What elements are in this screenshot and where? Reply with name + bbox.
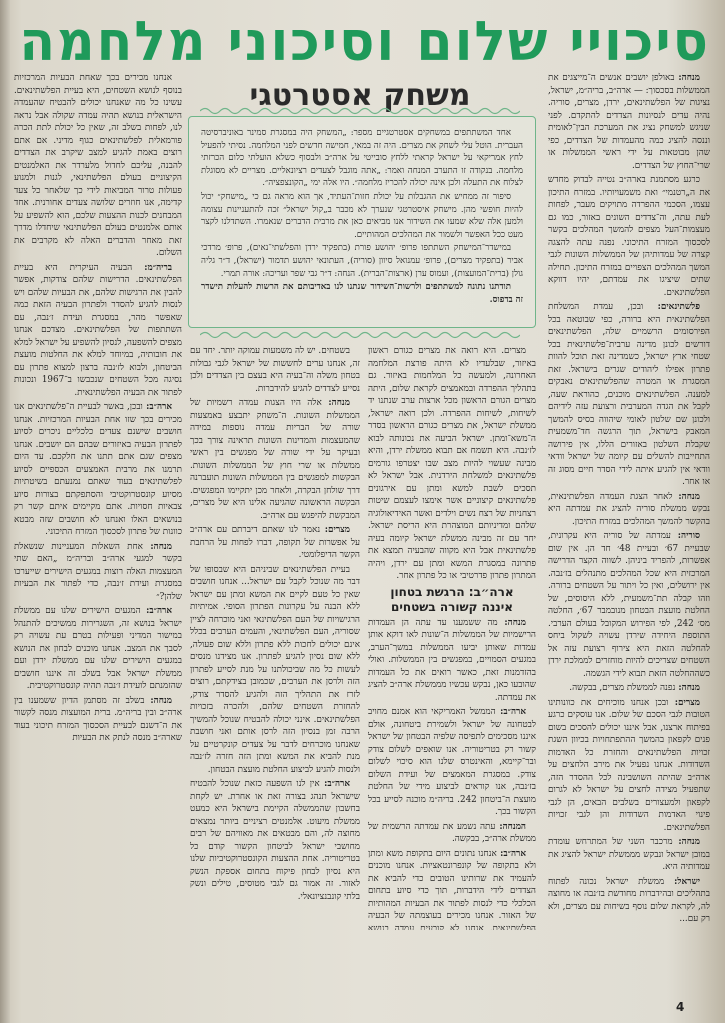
speaker-label: סוריה: [671, 531, 700, 541]
paragraph-text: אנחנו נתונים היום בתקופת משא ומתן ולא בת… [368, 849, 536, 931]
article-paragraph: מנחה: בשלב זה מסתמן הדיון ששמענו בין ארה… [14, 695, 182, 745]
speaker-label: מנחה: [144, 696, 172, 706]
column-right: מנחה: באולפן יושבים אנשים ה־מייצגים את ה… [548, 72, 710, 962]
column-middle-right: מצרים. היא רואה את מצרים כגורם ראשון באי… [368, 345, 536, 930]
newspaper-page: סיכויי שלום וסיכוני מלחמה משחק אסטרטגי א… [0, 0, 725, 1023]
article-paragraph: ישראל: ממשלת ישראל נכונה לפתוח בתהליכים … [548, 876, 710, 926]
article-paragraph: ארה״ב: אנחנו נתונים היום בתקופת משא ומתן… [368, 848, 536, 931]
paragraph-text: אלה היו הצגות עמדה רשמיות של הממשלות השו… [190, 398, 360, 521]
paragraph-text: בשטחים. יש לה משמעות עמוקה יותר. יחד עם … [190, 346, 360, 394]
speaker-label: ארה״ב: [496, 707, 526, 717]
speaker-label: מנחה: [673, 492, 700, 502]
paragraph-text: ובכן, עמדת המשלחת הפלשתינאית היא ברורה, … [548, 302, 710, 487]
page-number: 4 [676, 1000, 684, 1014]
article-paragraph: כרגע מסתמנת בארה״ב נטייה לבדוק מחדש את ה… [548, 174, 710, 299]
speaker-label: ארה״ב: [143, 402, 172, 412]
paragraph-text: נפנה לממשלת מצרים, בבקשה. [569, 683, 675, 693]
intro-paragraph: תודתנו נתונה למשתתפים ולרשות־השידור שנתנ… [201, 281, 523, 306]
intro-paragraph: במישדר־המישחק השתתפו פרופ׳ יהושע פורת (ב… [201, 242, 523, 280]
wavy-divider-bottom [200, 330, 520, 340]
speaker-label: מנחה: [675, 73, 701, 83]
speaker-label: פלשתינאים: [643, 302, 700, 312]
speaker-label: ארה״ב: [497, 849, 526, 859]
speaker-label: מנחה: [322, 398, 350, 408]
paragraph-text: כרגע מסתמנת בארה״ב נטייה לבדוק מחדש את ה… [548, 175, 710, 298]
intro-paragraph: סיפור זה ממחיש את ההגבלות על יכולת חזות־… [201, 191, 523, 241]
speaker-label: המנחה: [495, 822, 526, 832]
column-left: אנחנו מכירים בכך שאחת הבעיות המרכזיות בנ… [14, 72, 182, 932]
paragraph-text: אין לנו השפעה כזאת שנוכל להבטיח שישראל ת… [190, 779, 360, 902]
article-paragraph: מנחה: נפנה לממשלת מצרים, בבקשה. [548, 682, 710, 695]
article-paragraph: סוריה: עמדתה של סוריה היא עקרונית, שבעיי… [548, 530, 710, 680]
article-paragraph: ארה״ב: ובכן, באשר לבעיית ה־פלשתינאים אנו… [14, 401, 182, 539]
article-paragraph: מצרים: נאמר לנו שאתם דיברתם עם ארה״ב על … [190, 524, 360, 562]
article-paragraph: בעיית הפלשתינאים שביניהם היא שבסופו של ד… [190, 564, 360, 777]
paragraph-text: ובכן, באשר לבעיית ה־פלשתינאים אנו מכירים… [14, 402, 182, 537]
paragraph-text: הממשל האמריקאי הוא אמנם מחויב לבטחונה של… [368, 707, 536, 817]
article-paragraph: בריה״מ: הבעיה העיקרית היא בעיית הפלשתינא… [14, 262, 182, 400]
article-paragraph: אנחנו מכירים בכך שאחת הבעיות המרכזיות בנ… [14, 72, 182, 260]
paragraph-text: מצרים. היא רואה את מצרים כגורם ראשון באי… [368, 346, 536, 581]
speaker-label: מנחה: [673, 837, 700, 847]
article-paragraph: פלשתינאים: ובכן, עמדת המשלחת הפלשתינאית … [548, 301, 710, 489]
paragraph-text: אנחנו מכירים בכך שאחת הבעיות המרכזיות בנ… [14, 73, 182, 258]
intro-paragraph: אחד המשתתפים במשחקים אסטרטגיים מספר: „המ… [201, 127, 523, 190]
column-middle-left: בשטחים. יש לה משמעות עמוקה יותר. יחד עם … [190, 345, 360, 930]
article-paragraph: מנחה: באולפן יושבים אנשים ה־מייצגים את ה… [548, 72, 710, 172]
paragraph-text: באולפן יושבים אנשים ה־מייצגים את הממשלות… [548, 73, 710, 171]
article-paragraph: מצרים. היא רואה את מצרים כגורם ראשון באי… [368, 345, 536, 583]
article-paragraph: ארה״ב: הממשל האמריקאי הוא אמנם מחויב לבט… [368, 706, 536, 819]
intro-box: אחד המשתתפים במשחקים אסטרטגיים מספר: „המ… [188, 116, 536, 328]
speaker-label: מצרים: [320, 525, 350, 535]
speaker-label: בריה״מ: [132, 263, 172, 273]
article-paragraph: ארה״ב: אין לנו השפעה כזאת שנוכל להבטיח ש… [190, 778, 360, 903]
article-paragraph: מנחה: לאחר הצגת העמדה הפלשתינאית, נבקש מ… [548, 491, 710, 529]
section-heading: ארה״ב: הרגשת בטחון איננה קשורה בשטחים [368, 585, 536, 615]
speaker-label: מנחה: [498, 618, 526, 628]
speaker-label: ארה״ב: [320, 779, 350, 789]
article-paragraph: המנחה: עתה נשמע את עמדתה הרשמית של ממשלת… [368, 821, 536, 846]
paragraph-text: מה ששמענו עד עתה הן העמדות הרישמיות של ה… [368, 618, 536, 703]
article-paragraph: מנחה: אלה היו הצגות עמדה רשמיות של הממשל… [190, 397, 360, 522]
article-paragraph: מנחה: מה ששמענו עד עתה הן העמדות הרישמיו… [368, 617, 536, 705]
speaker-label: מנחה: [675, 683, 700, 693]
article-paragraph: בשטחים. יש לה משמעות עמוקה יותר. יחד עם … [190, 345, 360, 395]
speaker-label: מצרים: [668, 698, 700, 708]
paragraph-text: בעיית הפלשתינאים שביניהם היא שבסופו של ד… [190, 565, 360, 775]
headline: סיכויי שלום וסיכוני מלחמה [20, 17, 710, 67]
article-paragraph: מנחה: אחת השאלות המעניינות שנשאלת בקשר ל… [14, 541, 182, 604]
paragraph-text: ובכן אנחנו מוכיחים את כוונותינו הטובות ל… [548, 698, 710, 833]
page-binding-shadow [0, 0, 10, 1023]
paragraph-text: המגעים הישירים שלנו עם ממשלת ישראל בנושא… [14, 606, 182, 691]
speaker-label: ישראל: [664, 877, 700, 887]
article-paragraph: מנחה: מרכבר השני של המתרחש עומדת במובן י… [548, 836, 710, 874]
paragraph-text: עמדתה של סוריה היא עקרונית, שבעיית 67׳ ו… [548, 531, 710, 679]
article-paragraph: מצרים: ובכן אנחנו מוכיחים את כוונותינו ה… [548, 697, 710, 835]
speaker-label: מנחה: [143, 542, 172, 552]
wavy-divider-top [200, 106, 520, 116]
paragraph-text: הבעיה העיקרית היא בעיית הפלשתינאים. הדרי… [14, 263, 182, 398]
speaker-label: ארה״ב: [141, 606, 172, 616]
article-paragraph: ארה״ב: המגעים הישירים שלנו עם ממשלת ישרא… [14, 605, 182, 693]
